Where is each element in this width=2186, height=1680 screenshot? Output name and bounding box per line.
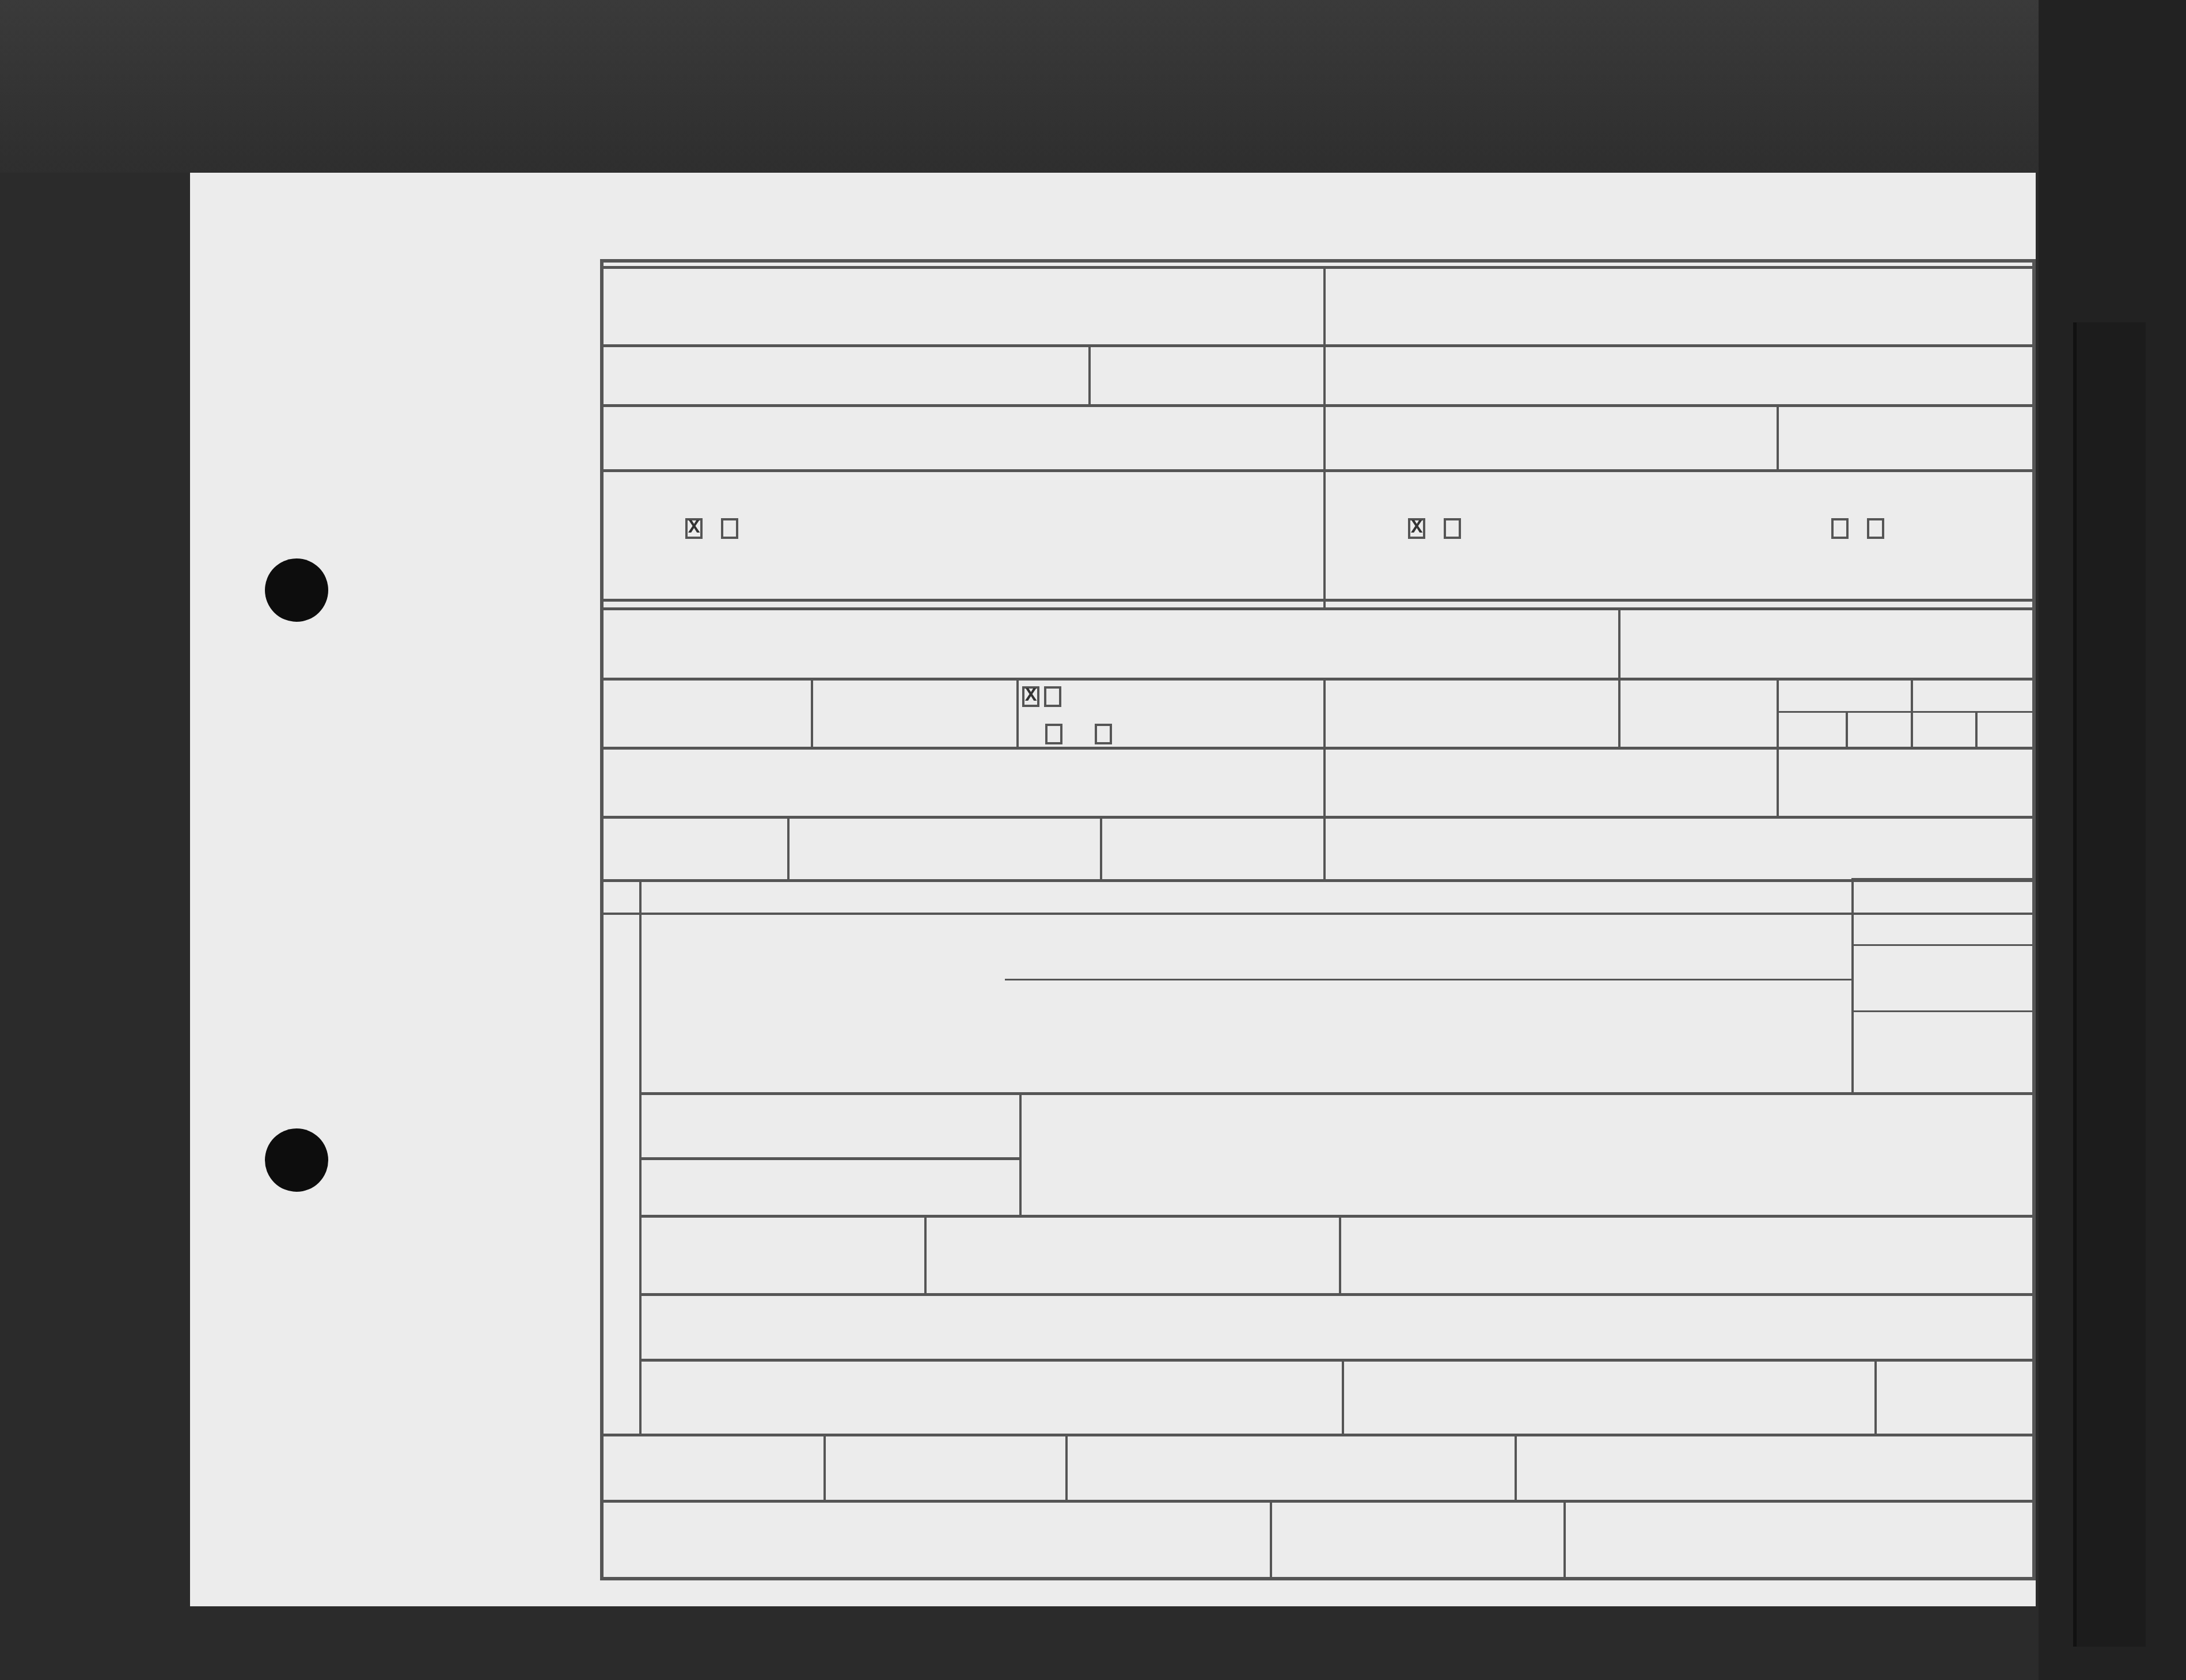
no-checkbox[interactable] <box>1867 518 1884 539</box>
yes-checkbox[interactable] <box>685 518 703 539</box>
yes-checkbox[interactable] <box>1831 518 1849 539</box>
divorced-checkbox[interactable] <box>1095 724 1112 744</box>
background-top <box>0 0 2186 173</box>
punch-hole-icon <box>265 558 328 622</box>
farm-options <box>1831 518 1884 539</box>
binder-spine <box>2073 322 2146 1647</box>
never-married-checkbox[interactable] <box>1044 686 1061 707</box>
certificate-form <box>600 259 2036 1580</box>
married-checkbox[interactable] <box>1022 686 1039 707</box>
residence-city-limits-options <box>1408 518 1461 539</box>
yes-checkbox[interactable] <box>1408 518 1425 539</box>
widowed-checkbox[interactable] <box>1045 724 1062 744</box>
punch-hole-icon <box>265 1128 328 1192</box>
no-checkbox[interactable] <box>721 518 738 539</box>
death-city-limits-yes <box>685 518 738 539</box>
marital-status <box>1022 686 1061 707</box>
no-checkbox[interactable] <box>1444 518 1461 539</box>
